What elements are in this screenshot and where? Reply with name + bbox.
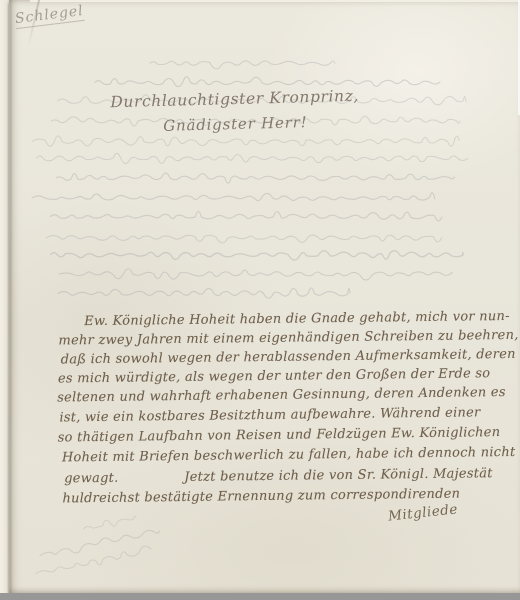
body-line: gewagt. Jetzt benutze ich die von Sr. Kö… — [64, 466, 493, 486]
body-line: Ew. Königliche Hoheit haben die Gnade ge… — [84, 309, 510, 329]
letter-scan: Schlegel Durchlauchtigster Kronprinz, Gn… — [0, 0, 520, 600]
scanner-bed — [0, 593, 520, 600]
body-line: Hoheit mit Briefen beschwerlich zu falle… — [62, 445, 516, 466]
body-line: mehr zwey Jahren mit einem eigenhändigen… — [58, 328, 518, 349]
body-line: daß ich sowohl wegen der herablassenden … — [61, 347, 516, 368]
body-line: es mich würdigte, als wegen der unter de… — [58, 366, 491, 386]
body-line: so thätigen Laufbahn von Reisen und Feld… — [58, 425, 501, 445]
body-line: ist, wie ein kostbares Besitzthum aufbew… — [59, 405, 480, 425]
body-line: seltenen und wahrhaft erhabenen Gesinnun… — [57, 385, 506, 405]
body-line: huldreichst bestätigte Ernennung zum cor… — [62, 487, 460, 507]
